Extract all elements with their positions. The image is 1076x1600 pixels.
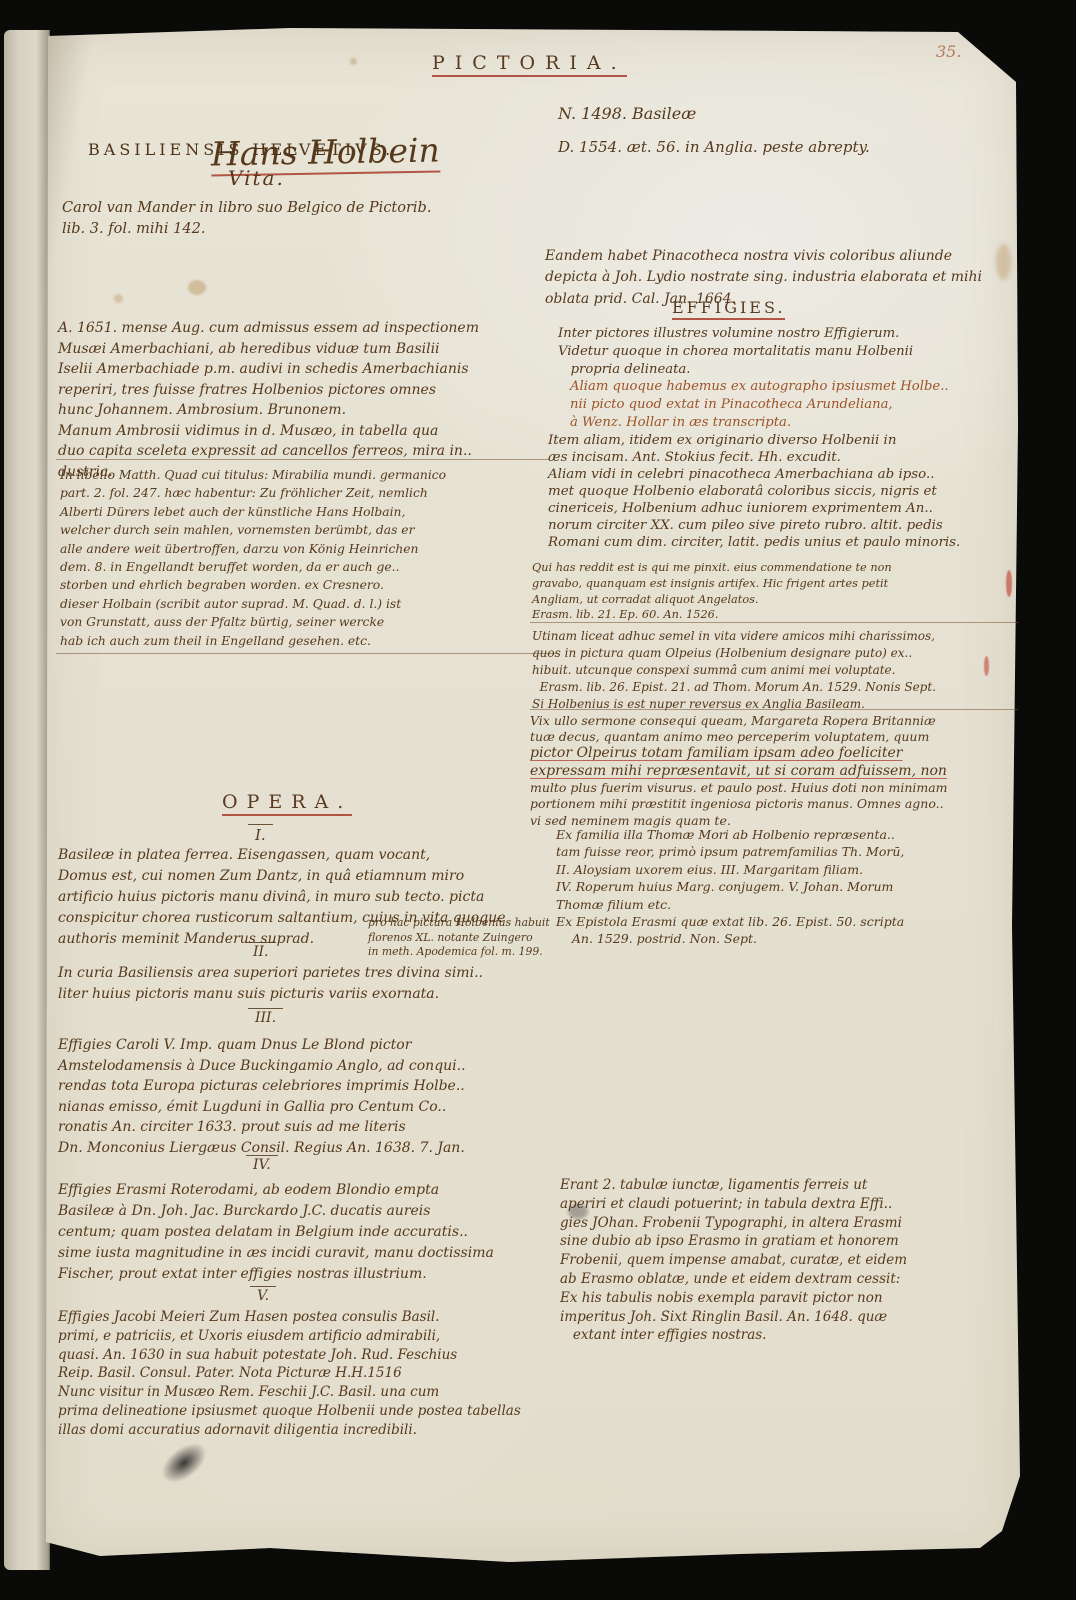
effigies-paragraph-1: Inter pictores illustres volumine nostro… (558, 325, 913, 380)
vita-source: Carol van Mander in libro suo Belgico de… (62, 198, 431, 240)
opera-numeral-3: III. (248, 1008, 283, 1026)
opera-section-1-margin-note: pro hac pictura Holbenius habuit floreno… (368, 916, 550, 960)
divider-right-2 (530, 709, 1018, 710)
opera-heading: OPERA. (222, 791, 352, 816)
ink-smudge (154, 1435, 213, 1491)
erasmus-quote-3-part2: pictor Olpeirus totam familiam ipsam ade… (530, 745, 947, 780)
effigies-paragraph-2: Aliam quoque habemus ex autographo ipsiu… (570, 378, 949, 433)
foxing-stain (996, 244, 1011, 280)
red-ink-smear (984, 656, 989, 676)
ink-smudge (568, 1204, 588, 1219)
manuscript-scan: PICTORIA. 35. Hans Holbein BASILIENSIS H… (0, 0, 1076, 1600)
erasmus-quote-1: Qui has reddit est is qui me pinxit. eiu… (532, 560, 892, 623)
opera-section-4: Effigies Erasmi Roterodami, ab eodem Blo… (58, 1180, 494, 1285)
divider-left-2 (56, 653, 556, 654)
opera-numeral-4: IV. (246, 1155, 278, 1173)
folio-number: 35. (936, 42, 961, 61)
opera-numeral-1: I. (248, 824, 273, 844)
artist-death: D. 1554. æt. 56. in Anglia. peste abrept… (558, 138, 870, 156)
divider-right-1 (530, 622, 1018, 623)
opera-numeral-5: V. (250, 1286, 276, 1304)
divider-left-1 (56, 459, 550, 460)
erasmus-quote-3-part1: Vix ullo sermone consequi queam, Margare… (530, 713, 936, 746)
more-family-note: Ex familia illa Thomæ Mori ab Holbenio r… (556, 826, 904, 948)
opera-numeral-2: II. (246, 942, 276, 960)
page-title: PICTORIA. (432, 52, 627, 77)
page-content: PICTORIA. 35. Hans Holbein BASILIENSIS H… (0, 0, 1076, 1600)
effigies-paragraph-3: Item aliam, itidem ex originario diverso… (548, 432, 960, 551)
erasmus-quote-3-part3: multo plus fuerim visurus. et paulo post… (530, 780, 948, 829)
artist-birth: N. 1498. Basileæ (558, 104, 696, 123)
vita-paragraph-1: A. 1651. mense Aug. cum admissus essem a… (58, 318, 479, 482)
foxing-stain (350, 58, 357, 65)
opera-section-2: In curia Basiliensis area superiori pari… (58, 963, 483, 1005)
foxing-stain (114, 294, 123, 303)
effigies-heading: EFFIGIES. (672, 298, 785, 320)
tabulae-note: Erant 2. tabulæ iunctæ, ligamentis ferre… (560, 1176, 907, 1345)
vita-heading: Vita. (228, 166, 285, 190)
artist-origin: BASILIENSIS HELVETIVS. (88, 140, 394, 159)
opera-section-3: Effigies Caroli V. Imp. quam Dnus Le Blo… (58, 1035, 466, 1158)
erasmus-quote-2: Utinam liceat adhuc semel in vita videre… (532, 628, 936, 713)
foxing-stain (188, 280, 206, 295)
red-ink-smear (1006, 570, 1012, 597)
vita-paragraph-2-german: In libello Matth. Quad cui titulus: Mira… (60, 466, 446, 650)
opera-section-5: Effigies Jacobi Meieri Zum Hasen postea … (58, 1308, 521, 1440)
